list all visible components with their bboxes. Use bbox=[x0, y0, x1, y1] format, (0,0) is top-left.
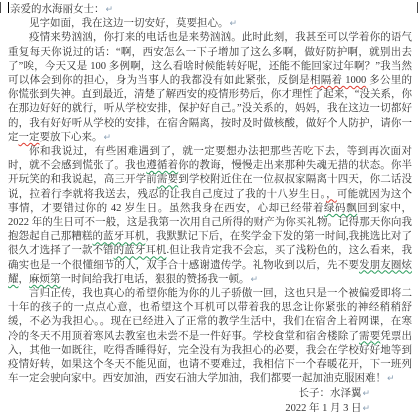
spellcheck-red-segment: 相隔着 1000 bbox=[310, 75, 366, 86]
paragraph-mark-icon: ↵ bbox=[362, 389, 370, 399]
document-page[interactable]: 亲爱的水海丽女士：↵ 见字如面，我在这边一切安好，莫要担心。↵疫情来势汹汹，你打… bbox=[0, 0, 420, 412]
spellcheck-green-segment: 的蓝牙耳机 bbox=[93, 231, 146, 242]
text-segment: 言归正传，我也真心的希望你能为你的儿子骄傲一回，这也只是一个被偏爱即将二十年的孩… bbox=[8, 288, 412, 342]
paragraph-mark-icon: ↵ bbox=[251, 275, 259, 285]
text-segment: 要放下心来。 bbox=[40, 132, 103, 143]
paragraph-mark-icon: ↵ bbox=[106, 5, 114, 15]
signature-text: 长子：水泽翼 bbox=[298, 388, 361, 399]
paragraph: 你和我说过，有些困难遇到了，就一定要想办法把那些苦吃下去，等到再次面对时，就不会… bbox=[8, 145, 412, 287]
text-cursor-icon bbox=[8, 2, 9, 13]
date-text: 2022 年 1 月 3 日 bbox=[285, 403, 361, 412]
text-boundary-mark bbox=[417, 2, 418, 13]
spellcheck-green-segment: 绿码飘 bbox=[324, 203, 357, 214]
paragraph: 见字如面，我在这边一切安好，莫要担心。↵ bbox=[8, 17, 412, 31]
text-boundary-mark bbox=[0, 2, 1, 13]
spellcheck-green-segment: 遵循着 bbox=[146, 160, 178, 171]
salutation-line: 亲爱的水海丽女士：↵ bbox=[8, 2, 412, 17]
paragraph-mark-icon: ↵ bbox=[230, 19, 238, 29]
paragraphs: 见字如面，我在这边一切安好，莫要担心。↵疫情来势汹汹，你打来的电话也是来势汹汹。… bbox=[8, 17, 412, 386]
letter-body[interactable]: 亲爱的水海丽女士：↵ 见字如面，我在这边一切安好，莫要担心。↵疫情来势汹汹，你打… bbox=[8, 2, 412, 412]
text-segment: 一时间给我打电话，狠狠的赞扬我一顿。 bbox=[61, 274, 250, 285]
paragraph: 疫情来势汹汹，你打来的电话也是来势汹汹。此时此刻，我甚至可以学着你的语气重复每天… bbox=[8, 31, 412, 145]
spellcheck-red-segment: ， bbox=[326, 189, 337, 200]
paragraph-mark-icon: ↵ bbox=[362, 404, 370, 412]
closing-block: 长子：水泽翼↵ 2022 年 1 月 3 日↵ bbox=[8, 387, 412, 412]
paragraph: 言归正传，我也真心的希望你能为你的儿子骄傲一回，这也只是一个被偏爱即将二十年的孩… bbox=[8, 287, 412, 386]
spellcheck-red-segment: 一定 bbox=[19, 132, 40, 143]
paragraph-mark-icon: ↵ bbox=[387, 374, 395, 384]
signature-line: 长子：水泽翼↵ bbox=[8, 387, 412, 401]
spellcheck-green-segment: 需要 bbox=[157, 174, 178, 185]
salutation-text: 亲爱的水海丽女士： bbox=[10, 4, 105, 15]
text-segment: 见字如面，我在这边一切安好，莫要担心。 bbox=[29, 18, 229, 29]
spellcheck-green-segment: 的蓝牙耳机 bbox=[114, 245, 167, 256]
spellcheck-green-segment: 麻烦第 bbox=[29, 274, 61, 285]
date-line: 2022 年 1 月 3 日↵ bbox=[8, 402, 412, 412]
text-segment: ， bbox=[19, 274, 30, 285]
paragraph-mark-icon: ↵ bbox=[104, 133, 112, 143]
spellcheck-green-segment: 需要 bbox=[359, 331, 380, 342]
